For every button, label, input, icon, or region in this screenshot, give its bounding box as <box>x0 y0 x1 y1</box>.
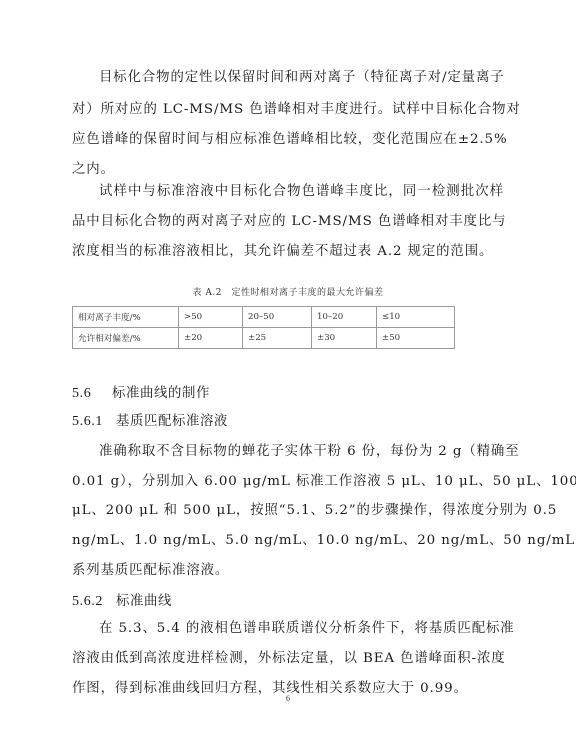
paragraph-line: 之内。 <box>72 160 504 180</box>
section-heading: 5.6标准曲线的制作 <box>72 382 210 402</box>
paragraph-line: 系列基质匹配标准溶液。 <box>72 561 504 581</box>
paragraph-line: 对）所对应的 LC-MS/MS 色谱峰相对丰度进行。试样中目标化合物对 <box>72 100 504 120</box>
paragraph-line: μL、200 μL 和 500 μL，按照“5.1、5.2”的步骤操作，得浓度分… <box>72 501 504 521</box>
table-row: 允许相对偏差/% ±20 ±25 ±30 ±50 <box>73 328 455 349</box>
paragraph-line: ng/mL、1.0 ng/mL、5.0 ng/mL、10.0 ng/mL、20 … <box>72 531 504 551</box>
page-number: 6 <box>0 694 576 703</box>
section-number: 5.6.2 <box>72 594 116 610</box>
section-number: 5.6 <box>72 386 112 402</box>
table-cell: ±20 <box>179 328 243 349</box>
table-cell: ±25 <box>243 328 312 349</box>
section-title: 标准曲线 <box>116 594 172 609</box>
table-cell: 允许相对偏差/% <box>73 328 179 349</box>
paragraph-line: 目标化合物的定性以保留时间和两对离子（特征离子对/定量离子 <box>99 68 504 88</box>
paragraph-line: 应色谱峰的保留时间与相应标准色谱峰相比较，变化范围应在±2.5% <box>72 130 504 150</box>
table-cell: ±50 <box>377 328 455 349</box>
table-cell: ±30 <box>312 328 377 349</box>
paragraph-line: 在 5.3、5.4 的液相色谱串联质谱仪分析条件下，将基质匹配标准 <box>99 619 504 639</box>
section-number: 5.6.1 <box>72 414 116 430</box>
section-heading: 5.6.2标准曲线 <box>72 590 172 610</box>
section-title: 标准曲线的制作 <box>112 386 210 401</box>
paragraph-line: 浓度相当的标准溶液相比，其允许偏差不超过表 A.2 规定的范围。 <box>72 242 504 262</box>
table-cell: ≤10 <box>377 307 455 328</box>
table-cell: 相对离子丰度/% <box>73 307 179 328</box>
table-cell: >50 <box>179 307 243 328</box>
section-heading: 5.6.1基质匹配标准溶液 <box>72 410 228 430</box>
table-cell: 10–20 <box>312 307 377 328</box>
section-title: 基质匹配标准溶液 <box>116 414 228 429</box>
paragraph-line: 试样中与标准溶液中目标化合物色谱峰丰度比，同一检测批次样 <box>99 182 504 202</box>
table-row: 相对离子丰度/% >50 20–50 10–20 ≤10 <box>73 307 455 328</box>
paragraph-line: 品中目标化合物的两对离子对应的 LC-MS/MS 色谱峰相对丰度比与 <box>72 212 504 232</box>
table-caption: 表 A.2 定性时相对离子丰度的最大允许偏差 <box>0 285 576 298</box>
tolerance-table: 相对离子丰度/% >50 20–50 10–20 ≤10 允许相对偏差/% ±2… <box>72 306 455 349</box>
paragraph-line: 准确称取不含目标物的蝉花子实体干粉 6 份，每份为 2 g（精确至 <box>99 442 504 462</box>
paragraph-line: 溶液由低到高浓度进样检测，外标法定量，以 BEA 色谱峰面积-浓度 <box>72 649 504 669</box>
table-cell: 20–50 <box>243 307 312 328</box>
paragraph-line: 0.01 g），分别加入 6.00 μg/mL 标准工作溶液 5 μL、10 μ… <box>72 472 504 492</box>
